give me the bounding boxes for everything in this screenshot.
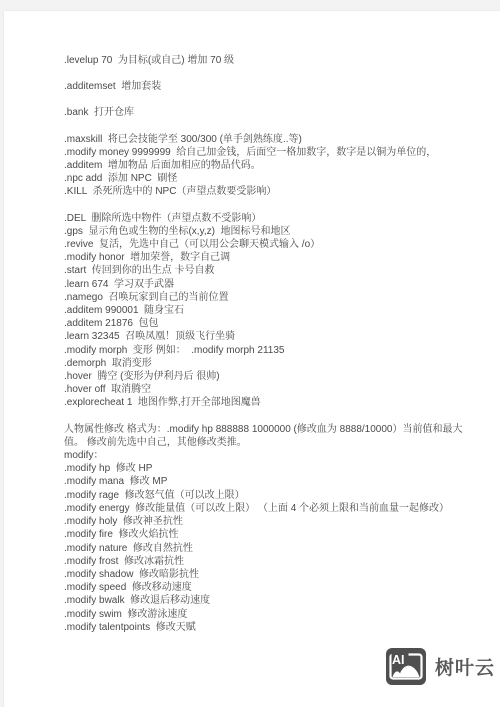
text-line: .modify money 9999999 给自己加金钱，后面空一格加数字，数字…	[64, 146, 468, 159]
text-line: .learn 674 学习双手武器	[64, 278, 468, 291]
text-section: .levelup 70 为目标(或自己) 增加 70 级	[64, 54, 472, 67]
text-line: .namego 召唤玩家到自己的当前位置	[64, 291, 468, 304]
text-line: .levelup 70 为目标(或自己) 增加 70 级	[64, 54, 468, 67]
text-line: .modify talentpoints 修改天赋	[64, 621, 468, 634]
document-page: .levelup 70 为目标(或自己) 增加 70 级.additemset …	[3, 10, 500, 707]
text-section: 人物属性修改 格式为：.modify hp 888888 1000000 (修改…	[64, 423, 472, 634]
text-line: .modify nature 修改自然抗性	[64, 542, 468, 555]
command-list: .levelup 70 为目标(或自己) 增加 70 级.additemset …	[4, 11, 500, 634]
text-line: .additem 增加物品 后面加相应的物品代码。	[64, 159, 468, 172]
text-line: .modify energy 修改能量值（可以改上限） （上面 4 个必须上限和…	[64, 502, 468, 515]
text-line: .revive 复活，先选中自己（可以用公会聊天模式输入 /o）	[64, 238, 468, 251]
text-line: .modify mana 修改 MP	[64, 475, 468, 488]
text-line: .modify swim 修改游泳速度	[64, 608, 468, 621]
text-line: .modify rage 修改怒气值（可以改上限）	[64, 489, 468, 502]
text-line: .modify hp 修改 HP	[64, 462, 468, 475]
text-line: .hover off 取消腾空	[64, 383, 468, 396]
text-line: .explorecheat 1 地图作弊,打开全部地图魔兽	[64, 396, 468, 409]
ai-image-icon: AI	[386, 648, 426, 685]
text-line: .learn 32345 召唤凤凰！顶级飞行坐骑	[64, 330, 468, 343]
text-line: .modify shadow 修改暗影抗性	[64, 568, 468, 581]
text-line: .maxskill 将已会技能学至 300/300 (单手剑熟练度..等)	[64, 133, 468, 146]
watermark-text: 树叶云	[435, 653, 495, 680]
text-line: .hover 腾空 (变形为伊利丹后 很帅)	[64, 370, 468, 383]
text-line: .npc add 添加 NPC 刷怪	[64, 172, 468, 185]
text-line: .gps 显示角色或生物的坐标(x,y,z) 地图标号和地区	[64, 225, 468, 238]
text-line: .modify morph 变形 例如： .modify morph 21135	[64, 344, 468, 357]
text-section: .maxskill 将已会技能学至 300/300 (单手剑熟练度..等).mo…	[64, 133, 472, 199]
text-line: .modify holy 修改神圣抗性	[64, 515, 468, 528]
text-line: .additemset 增加套装	[64, 80, 468, 93]
svg-text:AI: AI	[392, 653, 405, 667]
text-line: .modify bwalk 修改退后移动速度	[64, 594, 468, 607]
text-line: .bank 打开仓库	[64, 106, 468, 119]
text-line: .DEL 删除所选中物件（声望点数不受影响）	[64, 212, 468, 225]
text-line: .demorph 取消变形	[64, 357, 468, 370]
text-line: .additem 990001 随身宝石	[64, 304, 468, 317]
text-line: 人物属性修改 格式为：.modify hp 888888 1000000 (修改…	[64, 423, 468, 449]
text-section: .DEL 删除所选中物件（声望点数不受影响）.gps 显示角色或生物的坐标(x,…	[64, 212, 472, 410]
text-line: .start 传回到你的出生点 卡号自救	[64, 264, 468, 277]
watermark: AI 树叶云	[386, 648, 495, 685]
text-line: modify：	[64, 449, 468, 462]
text-line: .modify fire 修改火焰抗性	[64, 528, 468, 541]
text-line: .additem 21876 包包	[64, 317, 468, 330]
text-line: .modify honor 增加荣誉，数字自己调	[64, 251, 468, 264]
text-section: .additemset 增加套装	[64, 80, 472, 93]
text-line: .KILL 杀死所选中的 NPC（声望点数要受影响）	[64, 185, 468, 198]
text-line: .modify frost 修改冰霜抗性	[64, 555, 468, 568]
text-line: .modify speed 修改移动速度	[64, 581, 468, 594]
text-section: .bank 打开仓库	[64, 106, 472, 119]
